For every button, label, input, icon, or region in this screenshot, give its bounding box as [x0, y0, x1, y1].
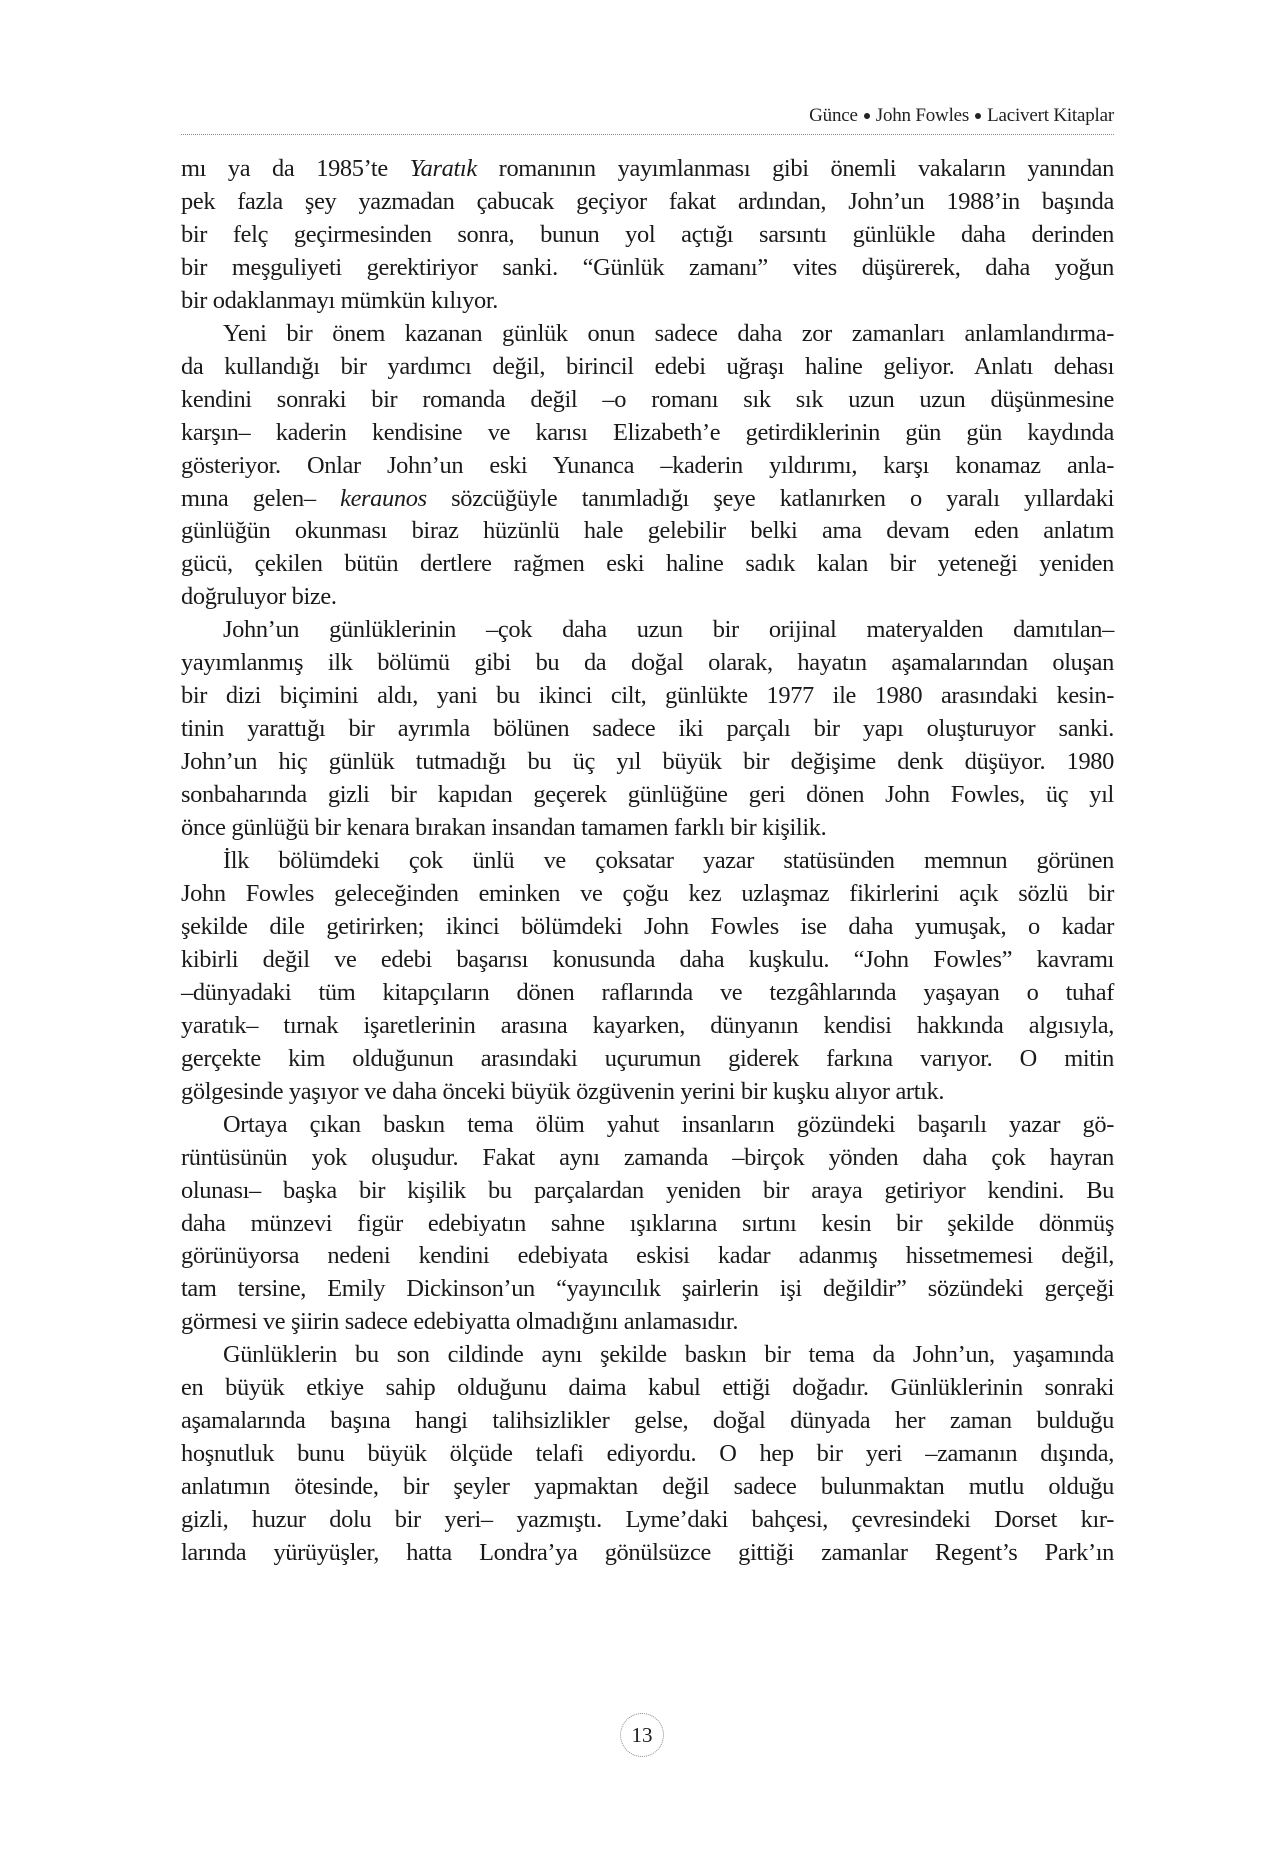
text-run: rüntüsünün yok oluşudur. Fakat aynı zama… [181, 1144, 1114, 1171]
text-line: yaratık– tırnak işaretlerinin arasına ka… [181, 1010, 1114, 1043]
text-line: tam tersine, Emily Dickinson’un “yayıncı… [181, 1273, 1114, 1306]
text-line: larında yürüyüşler, hatta Londra’ya gönü… [181, 1537, 1114, 1570]
text-run: Yeni bir önem kazanan günlük onun sadece… [223, 320, 1114, 347]
text-run: gerçekte kim olduğunun arasındaki uçurum… [181, 1045, 1114, 1072]
text-run: John’un günlüklerinin –çok daha uzun bir… [223, 616, 1114, 643]
text-run: daha münzevi figür edebiyatın sahne ışık… [181, 1210, 1114, 1237]
text-line: John’un günlüklerinin –çok daha uzun bir… [181, 614, 1114, 647]
text-line: yayımlanmış ilk bölümü gibi bu da doğal … [181, 647, 1114, 680]
text-line: mına gelen– keraunos sözcüğüyle tanımlad… [181, 483, 1114, 516]
text-run: gölgesinde yaşıyor ve daha önceki büyük … [181, 1078, 944, 1105]
text-line: kibirli değil ve edebi başarısı konusund… [181, 944, 1114, 977]
text-run: da kullandığı bir yardımcı değil, birinc… [181, 353, 1114, 380]
paragraph: Ortaya çıkan baskın tema ölüm yahut insa… [181, 1109, 1114, 1340]
text-line: rüntüsünün yok oluşudur. Fakat aynı zama… [181, 1142, 1114, 1175]
text-line: Ortaya çıkan baskın tema ölüm yahut insa… [181, 1109, 1114, 1142]
running-header: GünceJohn FowlesLacivert Kitaplar [181, 104, 1114, 128]
text-run: Günlüklerin bu son cildinde aynı şekilde… [223, 1341, 1114, 1368]
page-number: 13 [632, 1725, 653, 1746]
text-line: tinin yarattığı bir ayrımla bölünen sade… [181, 713, 1114, 746]
text-run: bir odaklanmayı mümkün kılıyor. [181, 287, 498, 314]
bullet-separator-icon [864, 113, 870, 119]
text-run: kibirli değil ve edebi başarısı konusund… [181, 946, 1114, 973]
text-run: Ortaya çıkan baskın tema ölüm yahut insa… [223, 1111, 1114, 1138]
text-run: –dünyadaki tüm kitapçıların dönen raflar… [181, 979, 1114, 1006]
text-run: doğruluyor bize. [181, 583, 337, 610]
text-run: pek fazla şey yazmadan çabucak geçiyor f… [181, 188, 1114, 215]
text-run: olunası– başka bir kişilik bu parçalarda… [181, 1177, 1114, 1204]
text-line: Günlüklerin bu son cildinde aynı şekilde… [181, 1339, 1114, 1372]
text-line: görünüyorsa nedeni kendini edebiyata esk… [181, 1240, 1114, 1273]
text-line: pek fazla şey yazmadan çabucak geçiyor f… [181, 186, 1114, 219]
text-run: İlk bölümdeki çok ünlü ve çoksatar yazar… [223, 847, 1114, 874]
text-line: sonbaharında gizli bir kapıdan geçerek g… [181, 779, 1114, 812]
text-run: mı ya da 1985’te [181, 155, 410, 182]
text-run: görmesi ve şiirin sadece edebiyatta olma… [181, 1308, 738, 1335]
text-line: doğruluyor bize. [181, 581, 1114, 614]
text-run: anlatımın ötesinde, bir şeyler yapmaktan… [181, 1473, 1114, 1500]
text-line: gerçekte kim olduğunun arasındaki uçurum… [181, 1043, 1114, 1076]
text-run: bir dizi biçimini aldı, yani bu ikinci c… [181, 682, 1114, 709]
text-run: John’un hiç günlük tutmadığı bu üç yıl b… [181, 748, 1114, 775]
text-run: romanının yayımlanması gibi önemli vakal… [477, 155, 1114, 182]
text-run: şekilde dile getirirken; ikinci bölümdek… [181, 913, 1114, 940]
text-line: –dünyadaki tüm kitapçıların dönen raflar… [181, 977, 1114, 1010]
text-run: sonbaharında gizli bir kapıdan geçerek g… [181, 781, 1114, 808]
text-line: hoşnutluk bunu büyük ölçüde telafi ediyo… [181, 1438, 1114, 1471]
text-line: bir meşguliyeti gerektiriyor sanki. “Gün… [181, 252, 1114, 285]
text-run: tam tersine, Emily Dickinson’un “yayıncı… [181, 1275, 1114, 1302]
text-run: sözcüğüyle tanımladığı şeye katlanırken … [427, 485, 1114, 512]
text-line: da kullandığı bir yardımcı değil, birinc… [181, 351, 1114, 384]
text-line: John’un hiç günlük tutmadığı bu üç yıl b… [181, 746, 1114, 779]
paragraph: Günlüklerin bu son cildinde aynı şekilde… [181, 1339, 1114, 1570]
text-line: en büyük etkiye sahip olduğunu daima kab… [181, 1372, 1114, 1405]
text-run: görünüyorsa nedeni kendini edebiyata esk… [181, 1242, 1114, 1269]
text-line: bir felç geçirmesinden sonra, bunun yol … [181, 219, 1114, 252]
page-number-circle: 13 [620, 1713, 664, 1757]
text-run: bir meşguliyeti gerektiriyor sanki. “Gün… [181, 254, 1114, 281]
paragraph: John’un günlüklerinin –çok daha uzun bir… [181, 614, 1114, 845]
text-line: İlk bölümdeki çok ünlü ve çoksatar yazar… [181, 845, 1114, 878]
text-line: kendini sonraki bir romanda değil –o rom… [181, 384, 1114, 417]
text-run: larında yürüyüşler, hatta Londra’ya gönü… [181, 1539, 1114, 1566]
text-run: yayımlanmış ilk bölümü gibi bu da doğal … [181, 649, 1114, 676]
text-run: bir felç geçirmesinden sonra, bunun yol … [181, 221, 1114, 248]
header-book-title: Günce [809, 105, 858, 126]
text-line: anlatımın ötesinde, bir şeyler yapmaktan… [181, 1471, 1114, 1504]
header-publisher: Lacivert Kitaplar [987, 105, 1114, 126]
header-author: John Fowles [876, 105, 969, 126]
text-line: Yeni bir önem kazanan günlük onun sadece… [181, 318, 1114, 351]
text-run: tinin yarattığı bir ayrımla bölünen sade… [181, 715, 1114, 742]
paragraph: İlk bölümdeki çok ünlü ve çoksatar yazar… [181, 845, 1114, 1109]
text-run: gösteriyor. Onlar John’un eski Yunanca –… [181, 452, 1114, 479]
text-line: gösteriyor. Onlar John’un eski Yunanca –… [181, 450, 1114, 483]
italic-term: keraunos [340, 485, 427, 512]
text-run: yaratık– tırnak işaretlerinin arasına ka… [181, 1012, 1114, 1039]
text-line: karşın– kaderin kendisine ve karısı Eliz… [181, 417, 1114, 450]
text-line: John Fowles geleceğinden eminken ve çoğu… [181, 878, 1114, 911]
text-line: daha münzevi figür edebiyatın sahne ışık… [181, 1208, 1114, 1241]
paragraph: mı ya da 1985’te Yaratık romanının yayım… [181, 153, 1114, 318]
bullet-separator-icon [975, 113, 981, 119]
text-line: mı ya da 1985’te Yaratık romanının yayım… [181, 153, 1114, 186]
text-run: John Fowles geleceğinden eminken ve çoğu… [181, 880, 1114, 907]
text-line: gizli, huzur dolu bir yeri– yazmıştı. Ly… [181, 1504, 1114, 1537]
text-run: gizli, huzur dolu bir yeri– yazmıştı. Ly… [181, 1506, 1114, 1533]
text-run: en büyük etkiye sahip olduğunu daima kab… [181, 1374, 1114, 1401]
paragraph: Yeni bir önem kazanan günlük onun sadece… [181, 318, 1114, 615]
text-line: şekilde dile getirirken; ikinci bölümdek… [181, 911, 1114, 944]
text-run: karşın– kaderin kendisine ve karısı Eliz… [181, 419, 1114, 446]
text-run: gücü, çekilen bütün dertlere rağmen eski… [181, 550, 1114, 577]
text-line: gücü, çekilen bütün dertlere rağmen eski… [181, 548, 1114, 581]
text-line: gölgesinde yaşıyor ve daha önceki büyük … [181, 1076, 1114, 1109]
text-line: görmesi ve şiirin sadece edebiyatta olma… [181, 1306, 1114, 1339]
text-line: olunası– başka bir kişilik bu parçalarda… [181, 1175, 1114, 1208]
text-run: mına gelen– [181, 485, 340, 512]
text-run: kendini sonraki bir romanda değil –o rom… [181, 386, 1114, 413]
text-run: aşamalarında başına hangi talihsizlikler… [181, 1407, 1114, 1434]
text-run: hoşnutluk bunu büyük ölçüde telafi ediyo… [181, 1440, 1114, 1467]
header-dotted-rule [181, 134, 1114, 135]
text-run: günlüğün okunması biraz hüzünlü hale gel… [181, 517, 1114, 544]
italic-term: Yaratık [410, 155, 477, 182]
text-line: bir odaklanmayı mümkün kılıyor. [181, 285, 1114, 318]
body-text: mı ya da 1985’te Yaratık romanının yayım… [181, 153, 1114, 1570]
text-line: günlüğün okunması biraz hüzünlü hale gel… [181, 515, 1114, 548]
text-line: bir dizi biçimini aldı, yani bu ikinci c… [181, 680, 1114, 713]
text-run: önce günlüğü bir kenara bırakan insandan… [181, 814, 826, 841]
text-line: aşamalarında başına hangi talihsizlikler… [181, 1405, 1114, 1438]
text-line: önce günlüğü bir kenara bırakan insandan… [181, 812, 1114, 845]
